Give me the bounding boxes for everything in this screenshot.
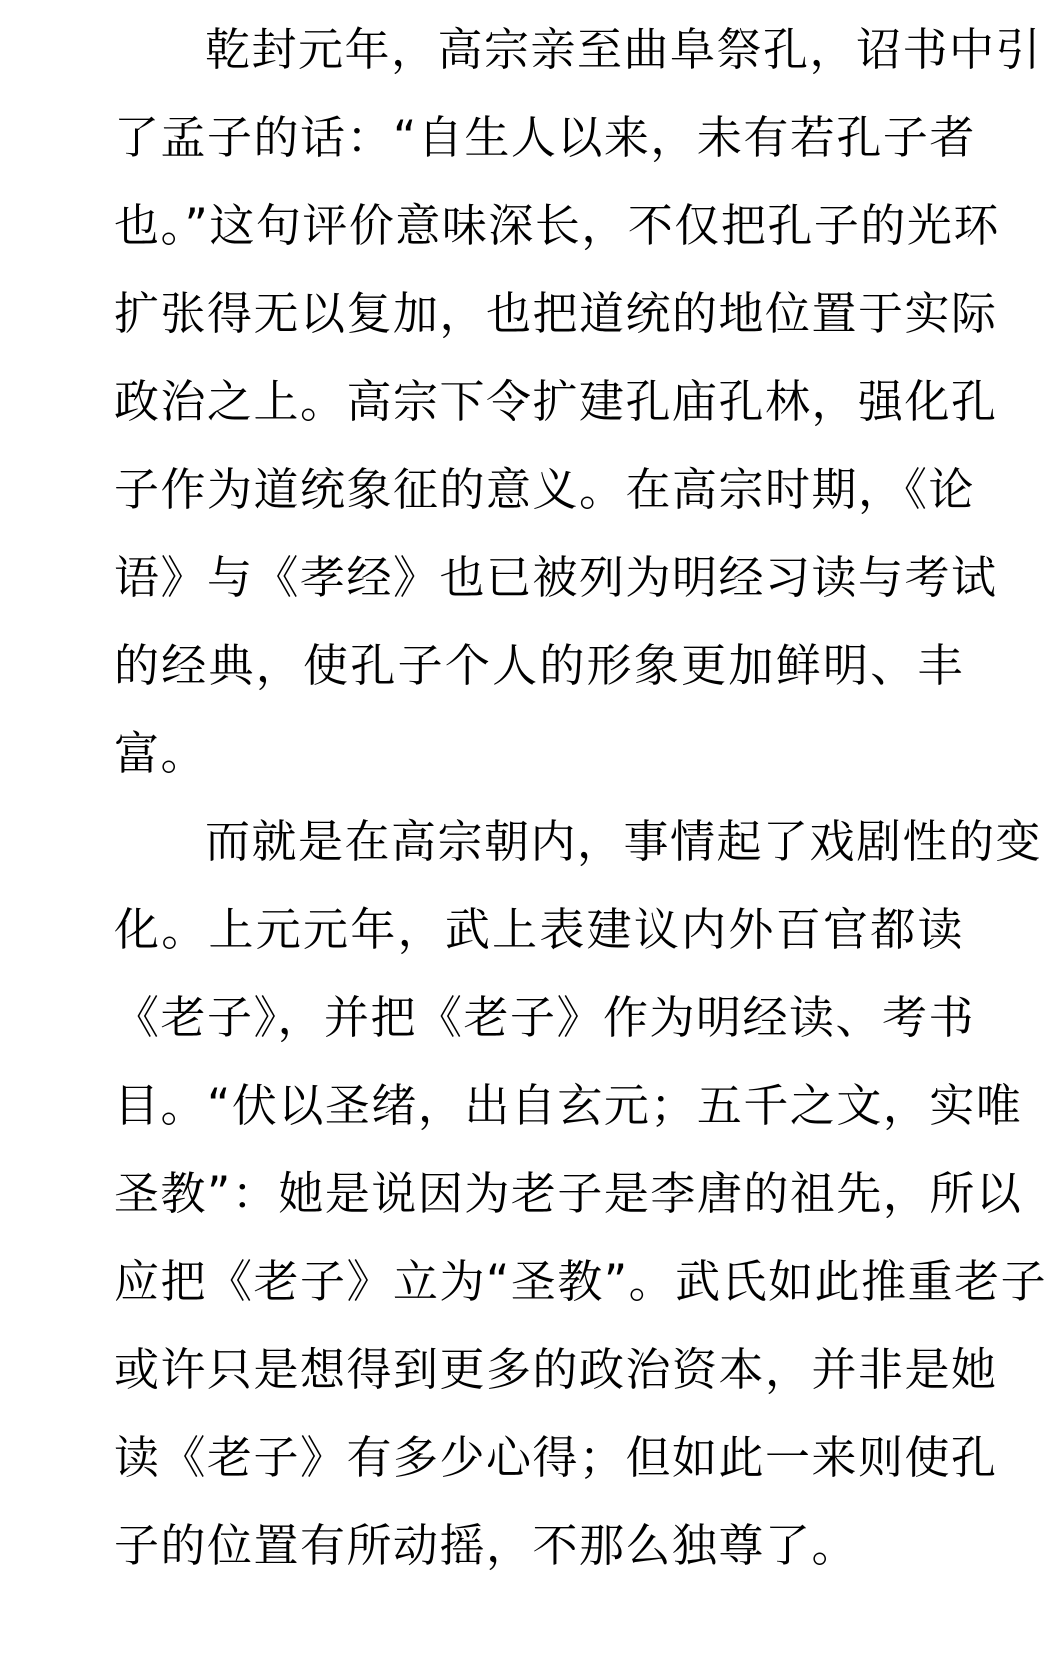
paragraph-1: 乾封元年，高宗亲至曲阜祭孔，诏书中引 了孟子的话：“自生人以来，未有若孔子者 也… [24, 6, 964, 798]
text-line: 《老子》，并把《老子》作为明经读、考书 [24, 974, 964, 1062]
text-line: 扩张得无以复加，也把道统的地位置于实际 [24, 270, 964, 358]
text-line: 读《老子》有多少心得；但如此一来则使孔 [24, 1414, 964, 1502]
text-line: 目。“伏以圣绪，出自玄元；五千之文，实唯 [24, 1062, 964, 1150]
text-line: 子的位置有所动摇，不那么独尊了。 [24, 1502, 964, 1590]
document-body: 乾封元年，高宗亲至曲阜祭孔，诏书中引 了孟子的话：“自生人以来，未有若孔子者 也… [24, 6, 964, 1590]
text-line: 应把《老子》立为“圣教”。武氏如此推重老子 [24, 1238, 964, 1326]
text-line: 乾封元年，高宗亲至曲阜祭孔，诏书中引 [24, 6, 964, 94]
text-line: 而就是在高宗朝内，事情起了戏剧性的变 [24, 798, 964, 886]
text-line: 圣教”：她是说因为老子是李唐的祖先，所以 [24, 1150, 964, 1238]
text-line: 化。上元元年，武上表建议内外百官都读 [24, 886, 964, 974]
text-line: 的经典，使孔子个人的形象更加鲜明、丰 [24, 622, 964, 710]
text-line: 政治之上。高宗下令扩建孔庙孔林，强化孔 [24, 358, 964, 446]
text-line: 富。 [24, 710, 964, 798]
text-line: 语》与《孝经》也已被列为明经习读与考试 [24, 534, 964, 622]
text-line: 子作为道统象征的意义。在高宗时期，《论 [24, 446, 964, 534]
text-line: 或许只是想得到更多的政治资本，并非是她 [24, 1326, 964, 1414]
text-line: 也。”这句评价意味深长，不仅把孔子的光环 [24, 182, 964, 270]
text-line: 了孟子的话：“自生人以来，未有若孔子者 [24, 94, 964, 182]
paragraph-2: 而就是在高宗朝内，事情起了戏剧性的变 化。上元元年，武上表建议内外百官都读 《老… [24, 798, 964, 1590]
